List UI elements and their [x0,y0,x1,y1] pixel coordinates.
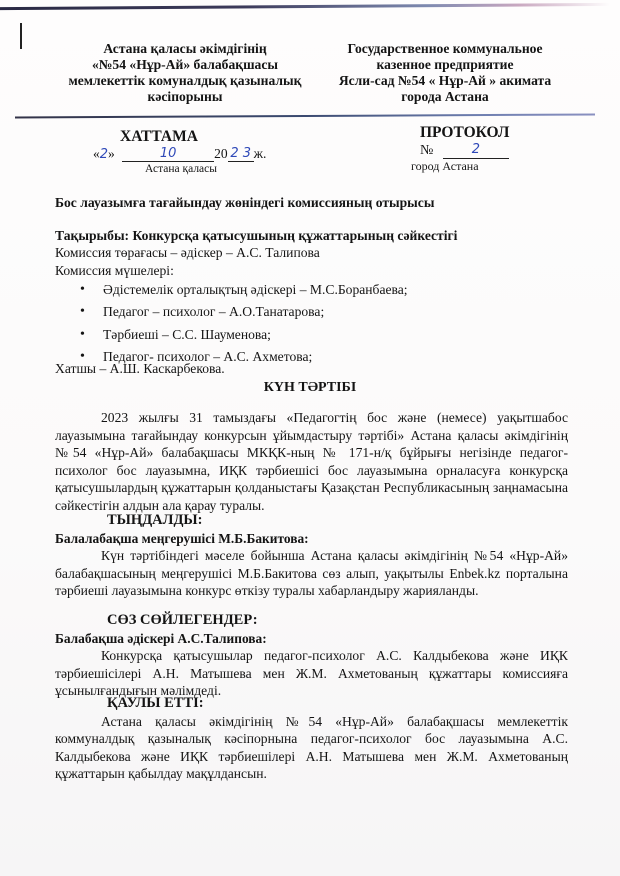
header-right-line: казенное предприятие [330,57,560,73]
date-month-field: 10 [122,145,214,162]
speeches-heading: СӨЗ СӨЙЛЕГЕНДЕР: [55,612,568,630]
agenda-title: КҮН ТӘРТІБІ [0,380,620,396]
resolved-section: ҚАУЛЫ ЕТТІ: Астана қаласы әкімдігінің №5… [55,695,568,783]
city-ru: город Астана [411,159,479,174]
heard-section: ТЫҢДАЛДЫ: Балалабақша меңгерушісі М.Б.Ба… [55,512,568,600]
secretary: Хатшы – А.Ш. Каскарбекова. [55,361,225,377]
quote-open: « [93,146,100,161]
meeting-details: Тақырыбы: Конкурсқа қатысушының құжаттар… [55,227,567,369]
date-year-handwritten: 2 3 [230,146,251,161]
header-right-line: Государственное коммунальное [330,41,560,57]
speeches-speaker: Балабақша әдіскері А.С.Талипова: [55,630,568,648]
agenda-text: 2023 жылғы 31 тамыздағы «Педагогтің бос … [55,409,568,514]
number-field: 2 [443,142,509,159]
protocol-number: № 2 [420,143,509,160]
header-left-line: кәсіпорыны [60,89,310,105]
number-label: № [420,143,433,158]
quote-close: » [108,146,115,161]
meeting-subject: Бос лауазымға тағайындау жөніндегі комис… [55,194,567,211]
meeting-topic: Тақырыбы: Конкурсқа қатысушының құжаттар… [55,227,567,244]
list-item: Педагог – психолог – А.О.Танатарова; [75,301,567,324]
date-year-prefix: 20 [214,146,228,161]
protocol-title-ru: ПРОТОКОЛ [420,124,509,142]
speeches-section: СӨЗ СӨЙЛЕГЕНДЕР: Балабақша әдіскері А.С.… [55,612,568,700]
top-scan-edge [0,3,610,10]
date-unit: ж. [254,146,267,161]
date-month-handwritten: 10 [160,146,177,161]
document-page: Астана қаласы әкімдігінің «№54 «Нұр-Ай» … [0,0,620,876]
list-item: Тәрбиеші – С.С. Шауменова; [75,324,567,347]
speeches-text: Конкурсқа қатысушылар педагог-психолог А… [55,647,568,700]
header-divider [15,113,595,118]
protocol-date: «2» 10202 3ж. [93,146,266,163]
city-kz: Астана қаласы [145,163,217,175]
resolved-text: Астана қаласы әкімдігінің №54 «Нұр-Ай» б… [55,713,568,783]
list-item: Әдістемелік орталықтың әдіскері – М.С.Бо… [75,279,567,302]
header-right-line: города Астана [330,89,560,105]
header-right-ru: Государственное коммунальное казенное пр… [330,41,560,105]
date-day-handwritten: 2 [100,147,108,162]
members-list: Әдістемелік орталықтың әдіскері – М.С.Бо… [55,279,567,369]
date-year-field: 2 3 [228,145,254,162]
number-handwritten: 2 [472,142,480,157]
resolved-heading: ҚАУЛЫ ЕТТІ: [55,695,568,713]
heard-text: Күн тәртібіндегі мәселе бойынша Астана қ… [55,547,568,600]
header-left-line: Астана қаласы әкімдігінің [60,41,310,57]
header-right-line: Ясли-сад №54 « Нұр-Ай » акимата [330,73,560,89]
margin-mark [20,23,22,49]
header-left-line: мемлекеттік комуналдық қазыналық [60,73,310,89]
heard-heading: ТЫҢДАЛДЫ: [55,512,568,530]
header-left-line: «№54 «Нұр-Ай» балабақшасы [60,57,310,73]
members-label: Комиссия мүшелері: [55,262,567,279]
header-left-kz: Астана қаласы әкімдігінің «№54 «Нұр-Ай» … [60,41,310,105]
heard-speaker: Балалабақша меңгерушісі М.Б.Бакитова: [55,530,568,548]
commission-chair: Комиссия төрағасы – әдіскер – А.С. Талип… [55,244,567,261]
protocol-title-kz: ХАТТАМА [120,128,198,146]
